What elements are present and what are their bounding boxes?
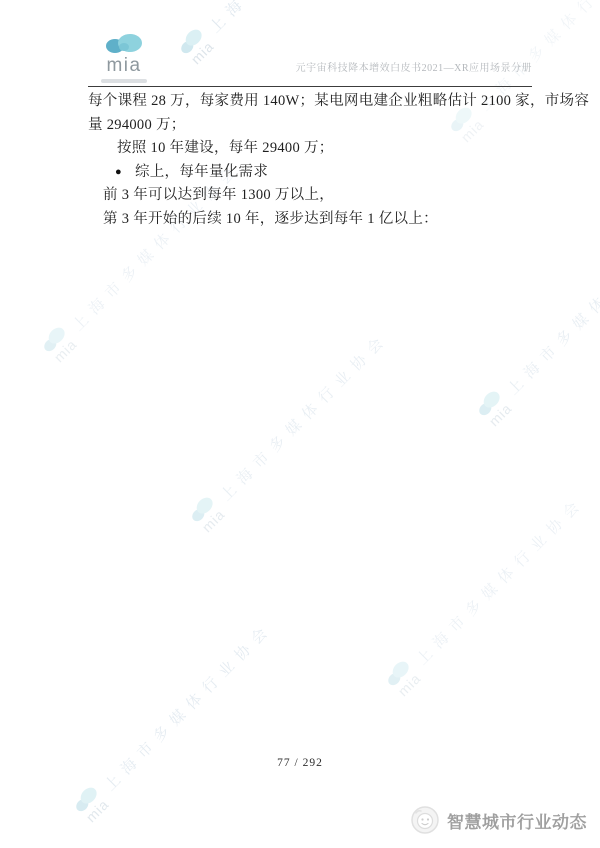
doc-title: 元宇宙科技降本增效白皮书2021—XR应用场景分册	[296, 59, 532, 74]
mia-logo-tagline	[101, 79, 147, 83]
page-number: 77 / 292	[0, 757, 600, 769]
watermark-blob-icon	[471, 386, 506, 421]
document-page: mia 上海市多媒体行业协会 mia 上海市多媒体行业协会 mia 上海市多媒体…	[0, 0, 600, 848]
watermark-wordmark: mia	[51, 337, 79, 365]
body-text: 每个课程 28 万，每家费用 140W；某电网电建企业粗略估计 2100 家，市…	[88, 90, 550, 232]
watermark-text: 上海市多媒体行业协会	[411, 492, 588, 669]
watermark-logo: mia	[36, 322, 81, 367]
watermark-blob-icon	[380, 656, 415, 691]
watermark-blob-icon	[184, 492, 219, 527]
watermark-logo: mia	[380, 656, 425, 701]
watermark-blob-icon	[173, 24, 208, 59]
account-name: 智慧城市行业动态	[447, 808, 587, 833]
watermark-logo: mia	[173, 24, 218, 69]
watermark-blob-icon	[68, 782, 103, 817]
body-line: 量 294000 万；	[88, 114, 550, 138]
watermark-wordmark: mia	[83, 797, 111, 825]
watermark-wordmark: mia	[486, 401, 514, 429]
watermark-stamp: mia 上海市多媒体行业协会	[184, 323, 397, 536]
mia-logo-blob-icon	[104, 31, 144, 57]
footer: 智慧城市行业动态	[411, 806, 587, 834]
watermark-stamp: mia 上海市多媒体行业协会	[68, 613, 281, 826]
watermark-stamp: mia 上海市多媒体行业协会	[173, 0, 386, 68]
watermark-stamp: mia 上海市多媒体行业协会	[380, 487, 593, 700]
watermark-stamp: mia 上海市多媒体行业协会	[471, 217, 600, 430]
mia-logo: mia	[96, 31, 152, 83]
body-line: 按照 10 年建设，每年 29400 万；	[88, 137, 550, 161]
body-line-text: 综上，每年量化需求	[135, 161, 268, 185]
watermark-text: 上海市多媒体行业协会	[502, 222, 600, 399]
body-line: ● 综上，每年量化需求	[88, 161, 550, 185]
body-line: 前 3 年可以达到每年 1300 万以上，	[88, 184, 550, 208]
watermark-logo: mia	[471, 386, 516, 431]
watermark-wordmark: mia	[188, 39, 216, 67]
bullet-icon: ●	[115, 167, 122, 178]
watermark-logo: mia	[68, 782, 113, 827]
account-logo-icon	[411, 806, 439, 834]
watermark-text: 上海市多媒体行业协会	[215, 328, 392, 505]
watermark-wordmark: mia	[199, 507, 227, 535]
watermark-blob-icon	[36, 322, 71, 357]
body-line: 第 3 年开始的后续 10 年，逐步达到每年 1 亿以上：	[88, 208, 550, 232]
mia-logo-wordmark: mia	[106, 56, 141, 75]
watermark-wordmark: mia	[395, 671, 423, 699]
body-line: 每个课程 28 万，每家费用 140W；某电网电建企业粗略估计 2100 家，市…	[88, 90, 550, 114]
header-rule	[88, 86, 532, 87]
watermark-logo: mia	[184, 492, 229, 537]
watermark-text: 上海市多媒体行业协会	[204, 0, 381, 37]
